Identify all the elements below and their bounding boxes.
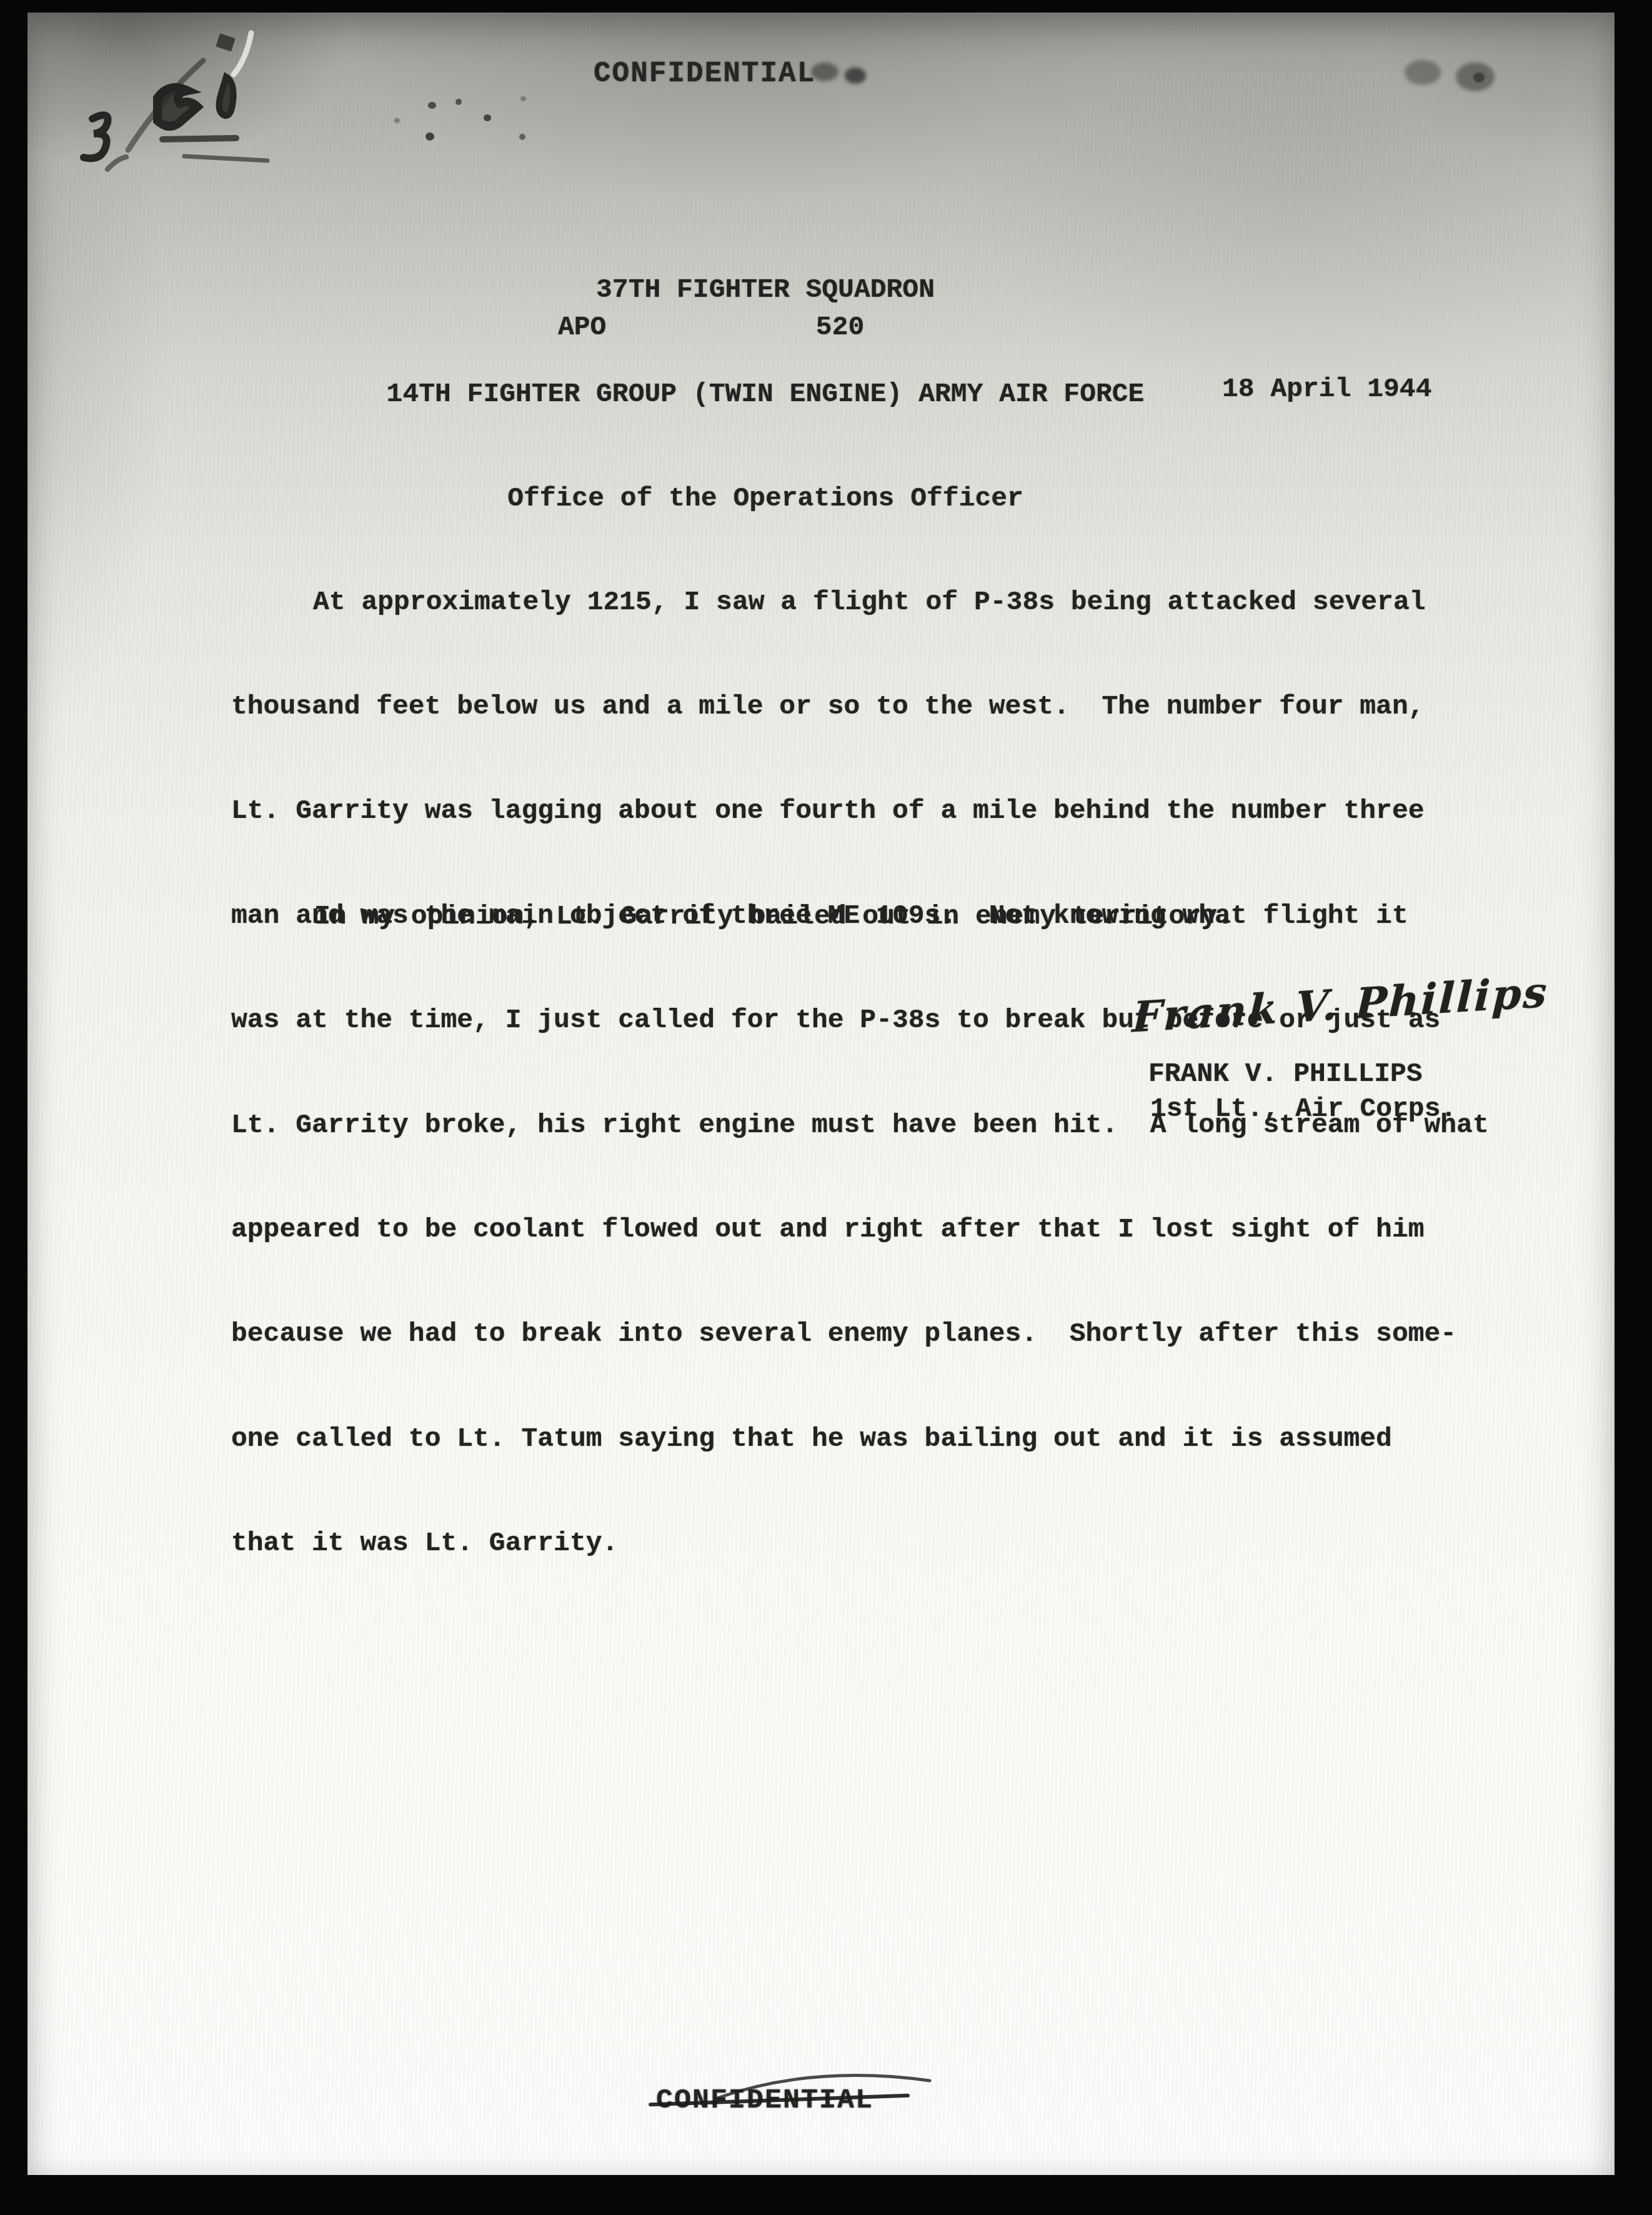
body-line: At approximately 1215, I saw a flight of…	[231, 585, 1518, 620]
letterhead-unit: 37TH FIGHTER SQUADRON	[141, 272, 1390, 307]
letterhead-office: Office of the Operations Officer	[141, 481, 1390, 516]
ink-dot-icon	[520, 96, 526, 101]
body-line: thousand feet below us and a mile or so …	[231, 689, 1518, 724]
signer-typed-title: 1st Lt., Air Corps.	[1150, 1093, 1456, 1124]
body-line: because we had to break into several ene…	[231, 1317, 1518, 1351]
letterhead-apo: APO 520	[558, 312, 864, 342]
ink-dot-icon	[1473, 72, 1485, 82]
handwritten-scribble-icon	[69, 22, 294, 178]
ink-dot-icon	[484, 114, 491, 121]
ink-dot-icon	[519, 134, 525, 140]
body-line: appeared to be coolant flowed out and ri…	[231, 1212, 1518, 1247]
signer-typed-name: FRANK V. PHILLIPS	[1148, 1058, 1423, 1089]
body-line: one called to Lt. Tatum saying that he w…	[231, 1421, 1518, 1456]
ink-dot-icon	[455, 99, 462, 105]
body-line: that it was Lt. Garrity.	[231, 1526, 1518, 1561]
ink-smudge-icon	[1405, 60, 1441, 85]
ink-smudge-icon	[845, 67, 866, 84]
scanned-document-page: CONFIDENTIAL 37TH FIGHTER SQUADRON 14TH …	[0, 0, 1652, 2215]
classification-stamp-top: CONFIDENTIAL	[594, 57, 815, 90]
strikethrough-arc	[712, 2059, 937, 2103]
ink-dot-icon	[425, 132, 434, 141]
document-date: 18 April 1944	[1222, 374, 1431, 404]
ink-smudge-icon	[811, 62, 838, 81]
body-line: Lt. Garrity was lagging about one fourth…	[231, 794, 1518, 829]
ink-dot-icon	[428, 102, 436, 109]
letterhead-group: 14TH FIGHTER GROUP (TWIN ENGINE) ARMY AI…	[141, 377, 1390, 412]
ink-dot-icon	[394, 118, 400, 123]
body-paragraph-2: In my opinion, Lt. Garrity bailed out in…	[314, 901, 1233, 932]
